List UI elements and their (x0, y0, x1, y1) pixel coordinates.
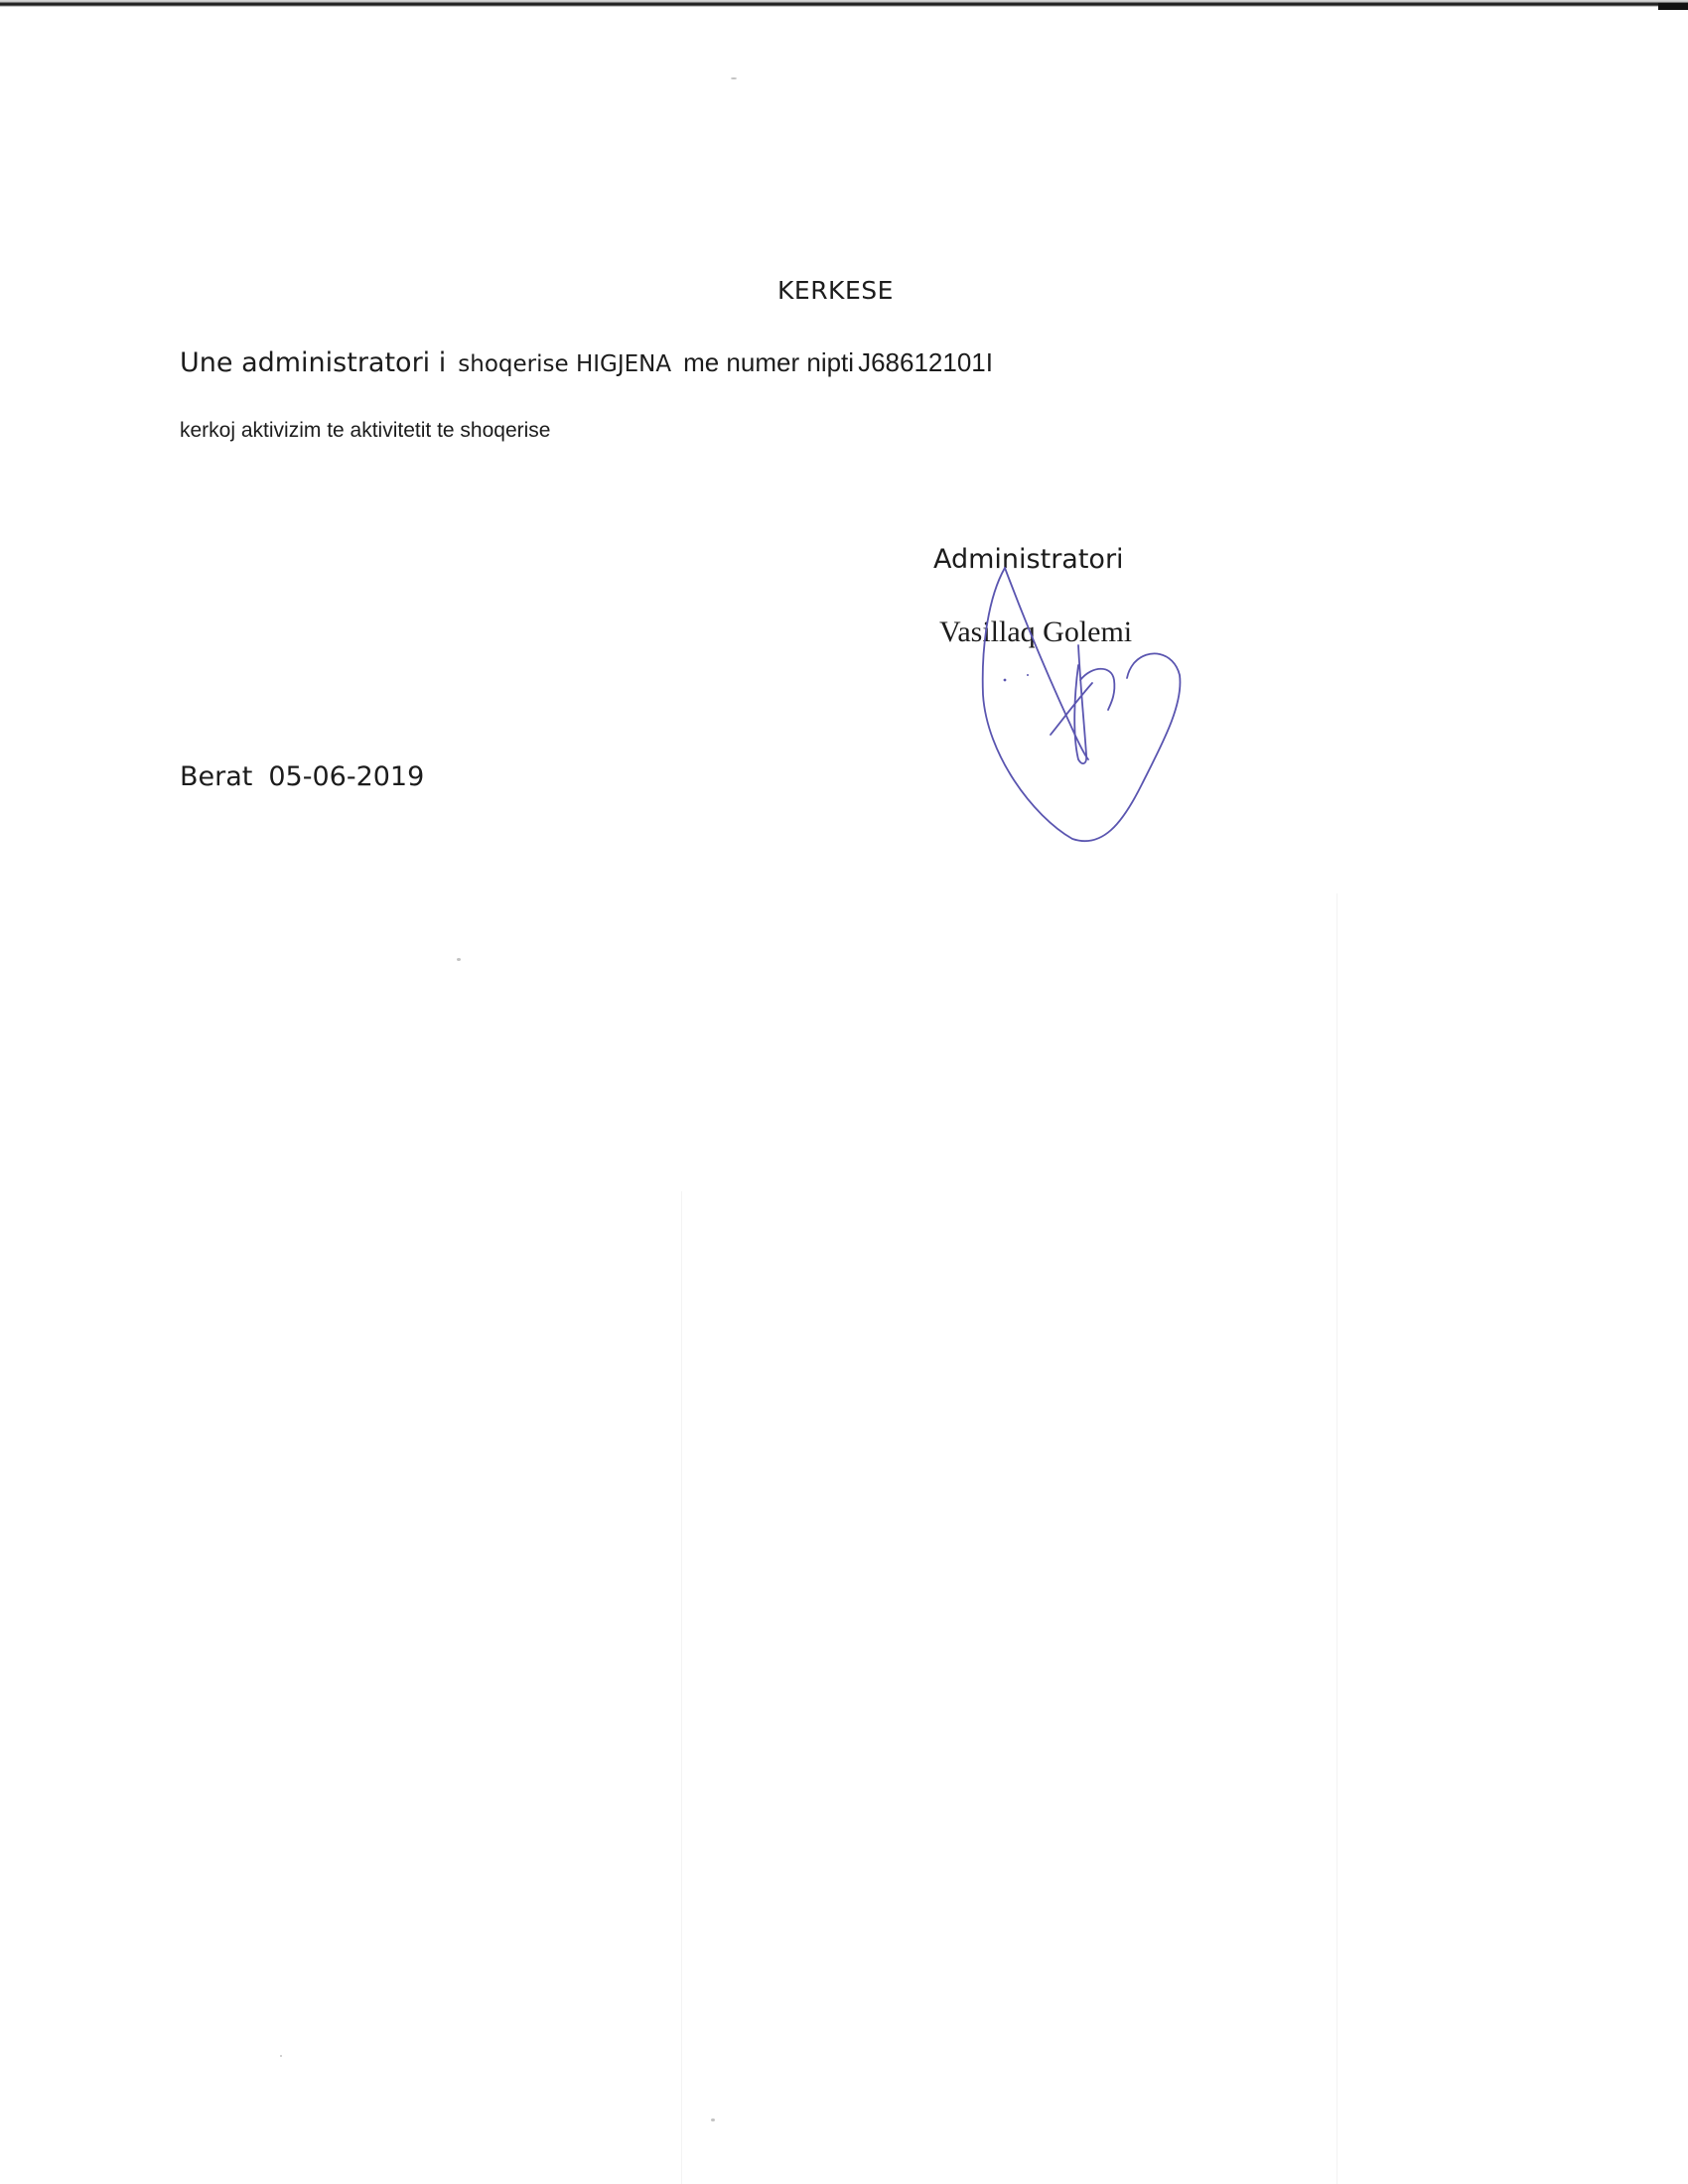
scan-speck (457, 958, 461, 961)
scan-speck (731, 77, 737, 79)
scan-fold-line (1336, 893, 1337, 2184)
scan-speck (280, 2055, 282, 2057)
scan-fold-line (681, 1191, 682, 2184)
statement-part-c: me numer nipti (683, 347, 854, 377)
scan-corner-mark (1658, 3, 1688, 10)
scan-speck (711, 2118, 715, 2121)
request-statement-line-2: kerkoj aktivizim te aktivitetit te shoqe… (180, 419, 550, 443)
document-title: KERKESE (777, 276, 894, 305)
statement-company: shoqerise HIGJENA (458, 351, 671, 377)
scan-top-edge (0, 0, 1688, 8)
place: Berat (180, 761, 252, 792)
statement-part-a: Une administratori i (180, 347, 446, 378)
place-date-line: Berat05-06-2019 (180, 761, 424, 792)
handwritten-signature (953, 556, 1192, 854)
date: 05-06-2019 (268, 761, 424, 792)
nipt-number: J68612101I (858, 347, 993, 377)
request-statement-line-1: Une administratori ishoqerise HIGJENAme … (180, 347, 993, 378)
